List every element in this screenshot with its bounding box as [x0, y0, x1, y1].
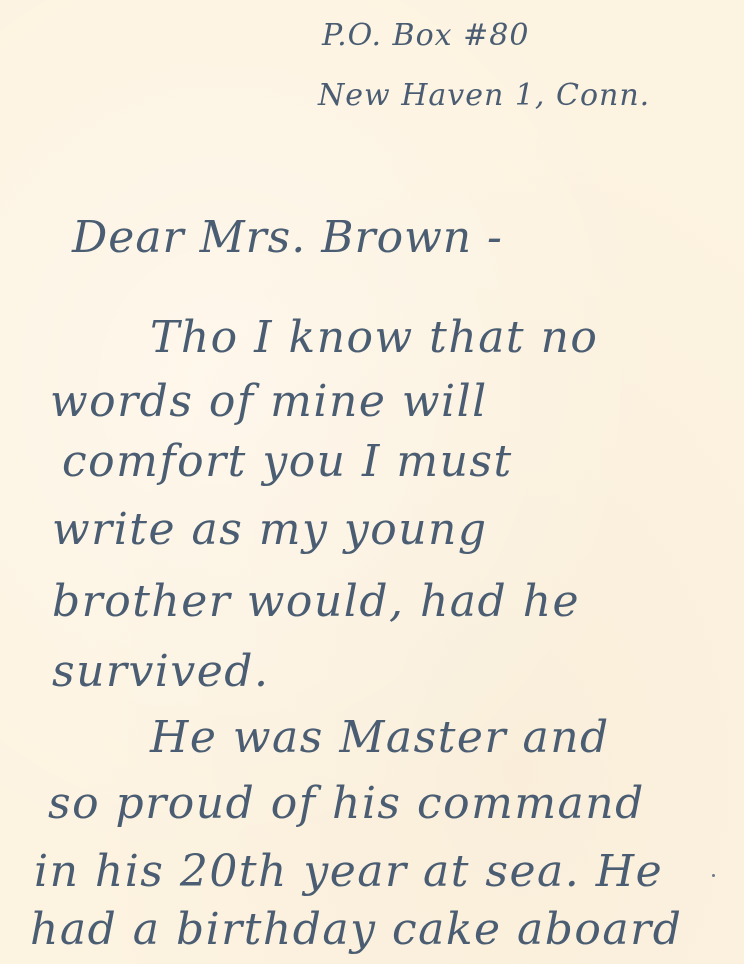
body-line-9: in his 20th year at sea. He [34, 846, 663, 897]
body-line-4: write as my young [52, 504, 488, 555]
body-line-5: brother would, had he [52, 576, 580, 627]
body-line-8: so proud of his command [48, 778, 645, 829]
ink-speck [712, 874, 715, 877]
salutation: Dear Mrs. Brown - [72, 212, 503, 263]
body-line-10: had a birthday cake aboard [30, 904, 682, 955]
body-line-7: He was Master and [150, 712, 610, 763]
address-line-2: New Haven 1, Conn. [318, 78, 650, 113]
body-line-6: survived. [52, 646, 269, 697]
body-line-2: words of mine will [50, 376, 488, 427]
letter-page: P.O. Box #80 New Haven 1, Conn. Dear Mrs… [0, 0, 744, 964]
body-line-3: comfort you I must [62, 436, 513, 487]
body-line-1: Tho I know that no [150, 312, 598, 363]
address-line-1: P.O. Box #80 [322, 18, 529, 53]
